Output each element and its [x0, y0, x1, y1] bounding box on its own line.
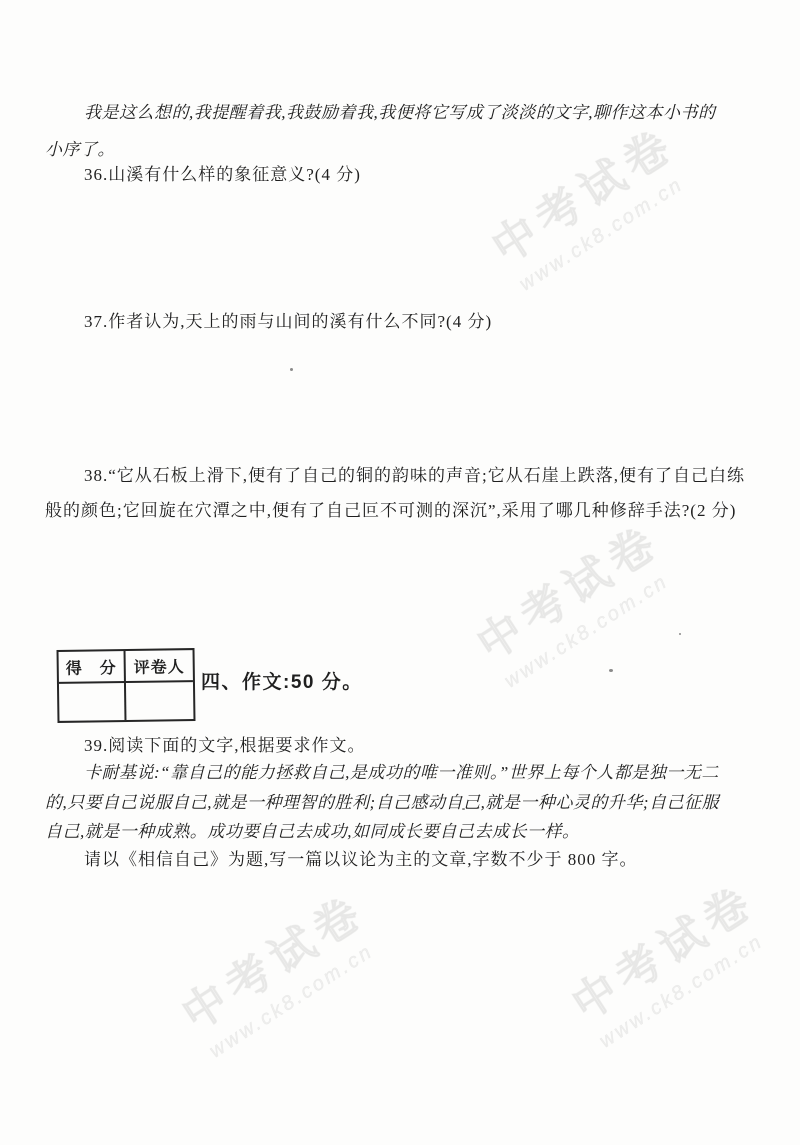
watermark: 中考试卷 www.ck8.com.cn	[477, 109, 700, 298]
watermark-url-text: www.ck8.com.cn	[500, 562, 685, 693]
score-table-grader-cell	[126, 682, 194, 720]
watermark-cjk-text: 中考试卷	[462, 506, 671, 673]
question-38-line-2: 般的颜色;它回旋在穴潭之中,便有了自己叵不可测的深沉”,采用了哪几种修辞手法?(…	[45, 500, 736, 521]
score-table-score-cell	[59, 683, 127, 721]
question-39-passage-line-2: 的,只要自己说服自己,就是一种理智的胜利;自己感动自己,就是一种心灵的升华;自己…	[45, 792, 719, 813]
watermark: 中考试卷 www.ck8.com.cn	[167, 876, 390, 1065]
section-four-title: 四、作文:50 分。	[201, 671, 363, 695]
watermark-url-text: www.ck8.com.cn	[515, 165, 700, 296]
score-table-header-score: 得 分	[59, 651, 126, 684]
score-table: 得 分 评卷人	[56, 648, 195, 723]
watermark-url-text: www.ck8.com.cn	[595, 922, 780, 1053]
passage-end-line-1: 我是这么想的,我提醒着我,我鼓励着我,我便将它写成了淡淡的文字,聊作这本小书的	[84, 102, 716, 123]
watermark-url-text: www.ck8.com.cn	[205, 932, 390, 1063]
scan-speck	[609, 669, 613, 672]
question-38-line-1: 38.“它从石板上滑下,便有了自己的铜的韵味的声音;它从石崖上跌落,便有了自己白…	[84, 465, 745, 486]
question-39-passage-line-3: 自己,就是一种成熟。成功要自己去成功,如同成长要自己去成长一样。	[45, 821, 580, 842]
scan-speck	[530, 514, 532, 516]
question-36: 36.山溪有什么样的象征意义?(4 分)	[84, 164, 361, 185]
scan-speck	[290, 368, 293, 371]
question-39-requirement: 请以《相信自己》为题,写一篇以议论为主的文章,字数不少于 800 字。	[84, 849, 638, 870]
passage-end-line-2: 小序了。	[45, 139, 115, 160]
watermark-cjk-text: 中考试卷	[477, 109, 686, 276]
exam-page: 我是这么想的,我提醒着我,我鼓励着我,我便将它写成了淡淡的文字,聊作这本小书的 …	[0, 0, 800, 1145]
score-table-header-grader: 评卷人	[126, 650, 193, 683]
watermark: 中考试卷 www.ck8.com.cn	[557, 866, 780, 1055]
watermark-cjk-text: 中考试卷	[167, 876, 376, 1043]
watermark-cjk-text: 中考试卷	[557, 866, 766, 1033]
scan-speck	[462, 808, 465, 810]
question-39-intro: 39.阅读下面的文字,根据要求作文。	[84, 735, 366, 756]
scan-speck	[679, 633, 681, 635]
watermark: 中考试卷 www.ck8.com.cn	[462, 506, 685, 695]
question-39-passage-line-1: 卡耐基说:“靠自己的能力拯救自己,是成功的唯一准则。”世界上每个人都是独一无二	[84, 762, 719, 783]
question-37: 37.作者认为,天上的雨与山间的溪有什么不同?(4 分)	[84, 311, 492, 332]
